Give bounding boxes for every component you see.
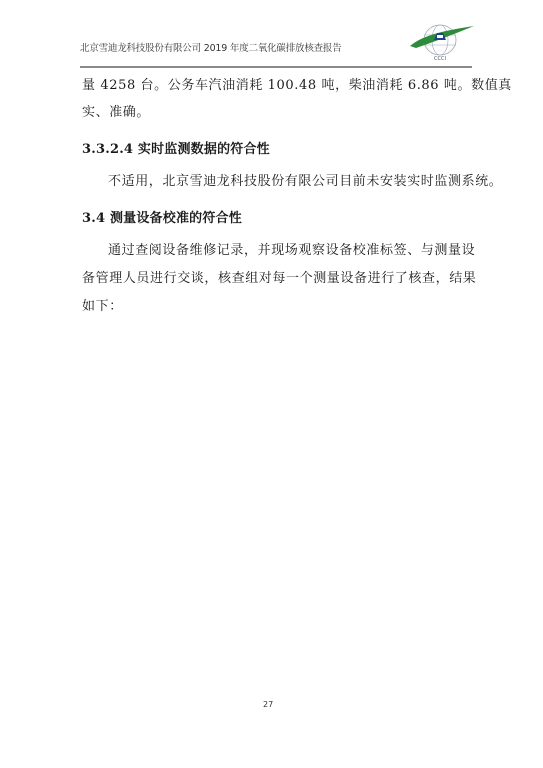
header-divider <box>80 66 472 68</box>
body-text-line: 不适用，北京雪迪龙科技股份有限公司目前未安装实时监测系统。 <box>108 168 502 196</box>
svg-text:CCCI: CCCI <box>434 56 446 62</box>
body-text-line: 如下： <box>82 293 123 321</box>
section-heading-3-4: 3.4 测量设备校准的符合性 <box>82 207 242 226</box>
section-heading-3-3-2-4: 3.3.2.4 实时监测数据的符合性 <box>82 138 270 157</box>
page-number: 27 <box>263 700 273 709</box>
globe-logo-icon: CCCI <box>404 22 476 62</box>
document-page: 北京雪迪龙科技股份有限公司 2019 年度二氧化碳排放核查报告 CCCI 量 4… <box>0 0 543 768</box>
header-title: 北京雪迪龙科技股份有限公司 2019 年度二氧化碳排放核查报告 <box>80 40 342 54</box>
body-text-line: 实、准确。 <box>82 99 150 127</box>
body-text-line: 备管理人员进行交谈，核查组对每一个测量设备进行了核查，结果 <box>82 265 476 293</box>
body-text-line: 通过查阅设备维修记录，并现场观察设备校准标签、与测量设 <box>108 237 475 265</box>
body-text-line: 量 4258 台。公务车汽油消耗 100.48 吨，柴油消耗 6.86 吨。数值… <box>82 72 512 100</box>
